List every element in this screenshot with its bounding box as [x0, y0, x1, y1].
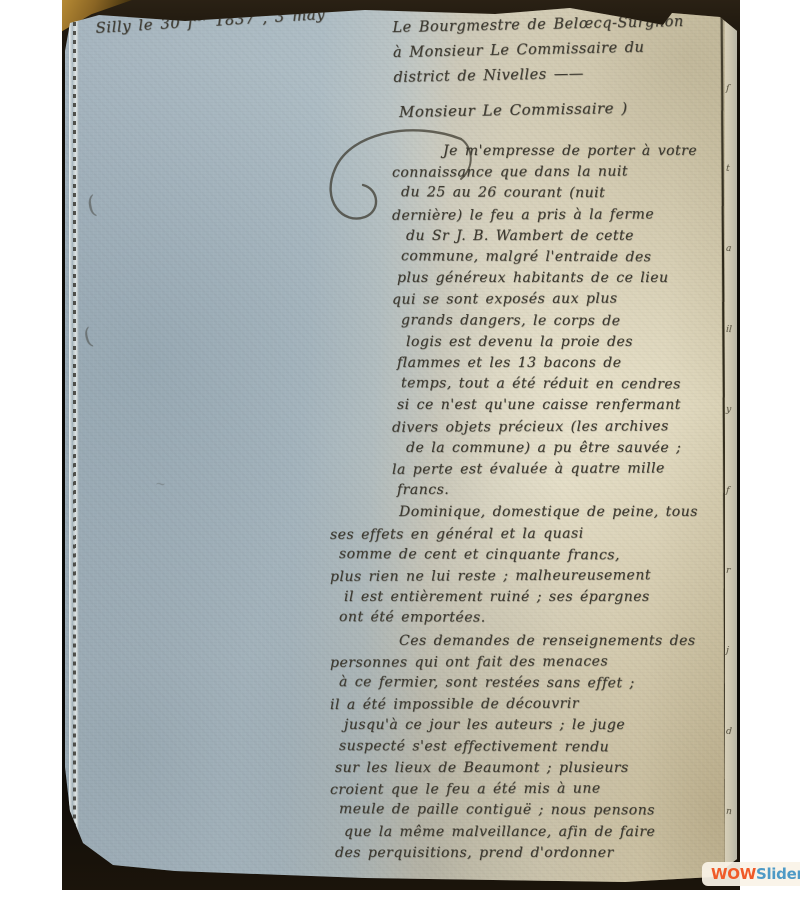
- handwriting-line: Dominique, domestique de peine, tous: [335, 502, 733, 523]
- handwriting-line: que la même malveillance, afin de faire: [344, 822, 740, 843]
- handwriting-line: sur les lieux de Beaumont ; plusieurs: [335, 758, 733, 779]
- handwriting-line: suspecté s'est effectivement rendu: [339, 736, 737, 759]
- paragraph-1: Je m'empresse de porter à votreconnaissa…: [397, 141, 733, 501]
- handwriting-line: à ce fermier, sont restées sans effet ;: [339, 672, 737, 695]
- dateline-date: 1837 , 3 may: [207, 5, 326, 30]
- handwriting-line: personnes qui ont fait des menaces: [330, 651, 728, 674]
- binding-edge: [69, 13, 79, 877]
- watermark-wow: WOW: [711, 865, 756, 883]
- handwriting-line: dernière) le feu a pris à la ferme: [392, 204, 728, 227]
- edge-fragment: y: [726, 406, 732, 415]
- edge-fragment: il: [726, 326, 732, 335]
- handwriting-line: Je m'empresse de porter à votre: [397, 141, 733, 162]
- dateline-text: Silly le 30 f: [95, 13, 194, 37]
- under-page-strip: ſtailyfrjdn: [725, 7, 737, 883]
- handwriting-line: la perte est évaluée à quatre mille: [392, 458, 728, 481]
- dateline-superscript: ier: [193, 13, 208, 24]
- paragraph-3: Ces demandes de renseignements desperson…: [335, 631, 733, 864]
- manuscript-photo: Silly le 30 fier 1837 , 3 may Le Bourgme…: [62, 0, 740, 890]
- recipient-line: district de Nivelles ——: [393, 60, 685, 91]
- handwriting-line: Ces demandes de renseignements des: [335, 631, 733, 652]
- handwriting-line: commune, malgré l'entraide des: [401, 246, 737, 269]
- handwriting-line: francs.: [397, 480, 733, 501]
- ink-mark: ~: [154, 476, 166, 492]
- handwriting-line: divers objets précieux (les archives: [392, 416, 728, 439]
- handwriting-line: du 25 au 26 courant (nuit: [401, 183, 737, 206]
- edge-fragment: t: [726, 165, 730, 174]
- handwriting-line: somme de cent et cinquante francs,: [339, 544, 737, 567]
- handwriting-line: il est entièrement ruiné ; ses épargnes: [344, 587, 740, 608]
- handwriting-line: il a été impossible de découvrir: [330, 693, 728, 716]
- handwriting-line: des perquisitions, prend d'ordonner: [335, 843, 733, 864]
- salutation-line: Monsieur Le Commissaire ): [399, 99, 628, 121]
- letter-recipient-block: Le Bourgmestre de Belœcq-Surgnonà Monsie…: [392, 10, 685, 91]
- paragraph-2: Dominique, domestique de peine, tousses …: [335, 502, 733, 629]
- handwriting-line: plus généreux habitants de ce lieu: [397, 268, 733, 289]
- handwriting-line: connaissance que dans la nuit: [392, 161, 728, 184]
- letter-body: Je m'empresse de porter à votreconnaissa…: [325, 141, 733, 864]
- handwriting-line: qui se sont exposés aux plus: [392, 289, 728, 312]
- handwriting-line: de la commune) a pu être sauvée ;: [406, 438, 740, 459]
- watermark-slider: Slider: [756, 865, 800, 883]
- watermark-badge[interactable]: WOWSlider: [702, 862, 800, 886]
- edge-fragment: r: [726, 567, 731, 576]
- handwriting-line: croient que le feu a été mis à une: [330, 778, 728, 801]
- handwriting-line: logis est devenu la proie des: [406, 332, 740, 353]
- edge-fragment: d: [726, 728, 732, 737]
- edge-fragment: n: [726, 808, 732, 817]
- manuscript-page: Silly le 30 fier 1837 , 3 may Le Bourgme…: [65, 7, 737, 883]
- edge-fragment: ſ: [726, 85, 730, 94]
- handwriting-line: plus rien ne lui reste ; malheureusement: [330, 565, 728, 588]
- handwriting-line: si ce n'est qu'une caisse renfermant: [397, 395, 733, 416]
- ink-mark: (: [81, 324, 95, 350]
- dateline-handwriting: Silly le 30 fier 1837 , 3 may: [95, 5, 326, 37]
- handwriting-line: flammes et les 13 bacons de: [397, 353, 733, 374]
- handwriting-line: grands dangers, le corps de: [401, 310, 737, 333]
- edge-fragment: a: [726, 245, 732, 254]
- handwriting-line: ses effets en général et la quasi: [330, 523, 728, 546]
- edge-fragment: f: [726, 487, 730, 496]
- handwriting-line: du Sr J. B. Wambert de cette: [406, 226, 740, 247]
- edge-fragment: j: [726, 647, 729, 656]
- handwriting-line: temps, tout a été réduit en cendres: [401, 374, 737, 397]
- handwriting-line: ont été emportées.: [339, 608, 737, 631]
- handwriting-line: meule de paille contiguë ; nous pensons: [339, 799, 737, 822]
- handwriting-line: jusqu'à ce jour les auteurs ; le juge: [344, 715, 740, 736]
- ink-mark: (: [85, 190, 99, 219]
